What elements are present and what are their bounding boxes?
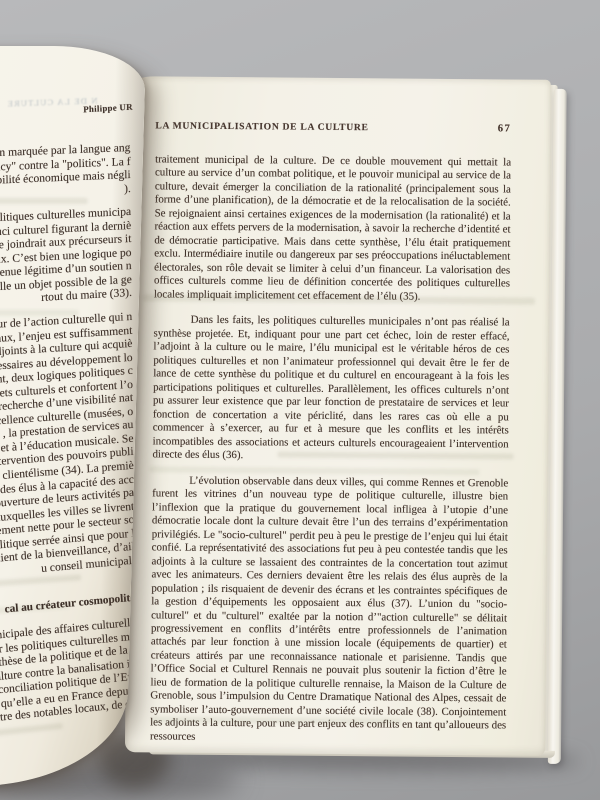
body-paragraph: L’évolution observable dans deux villes,… <box>150 474 508 746</box>
left-page-text: opposition marquée par la langue angla "… <box>0 141 136 724</box>
left-page: N DE LA CULTURE Philippe UR opposition m… <box>0 46 146 786</box>
show-through-streak <box>0 723 63 739</box>
right-page-header: LA MUNICIPALISATION DE LA CULTURE 67 <box>155 120 511 134</box>
right-page-text: traitement municipal de la culture. De c… <box>150 153 511 746</box>
book-photo: LA MUNICIPALISATION DE LA CULTURE 67 tra… <box>0 0 600 800</box>
left-page-running-header: Philippe UR <box>83 102 133 115</box>
body-paragraph: traitement municipal de la culture. De c… <box>154 153 511 304</box>
running-header: LA MUNICIPALISATION DE LA CULTURE <box>155 120 368 133</box>
page-number: 67 <box>498 123 512 134</box>
body-paragraph: Dans les faits, les politiques culturell… <box>152 314 509 465</box>
right-page: LA MUNICIPALISATION DE LA CULTURE 67 tra… <box>125 76 551 756</box>
